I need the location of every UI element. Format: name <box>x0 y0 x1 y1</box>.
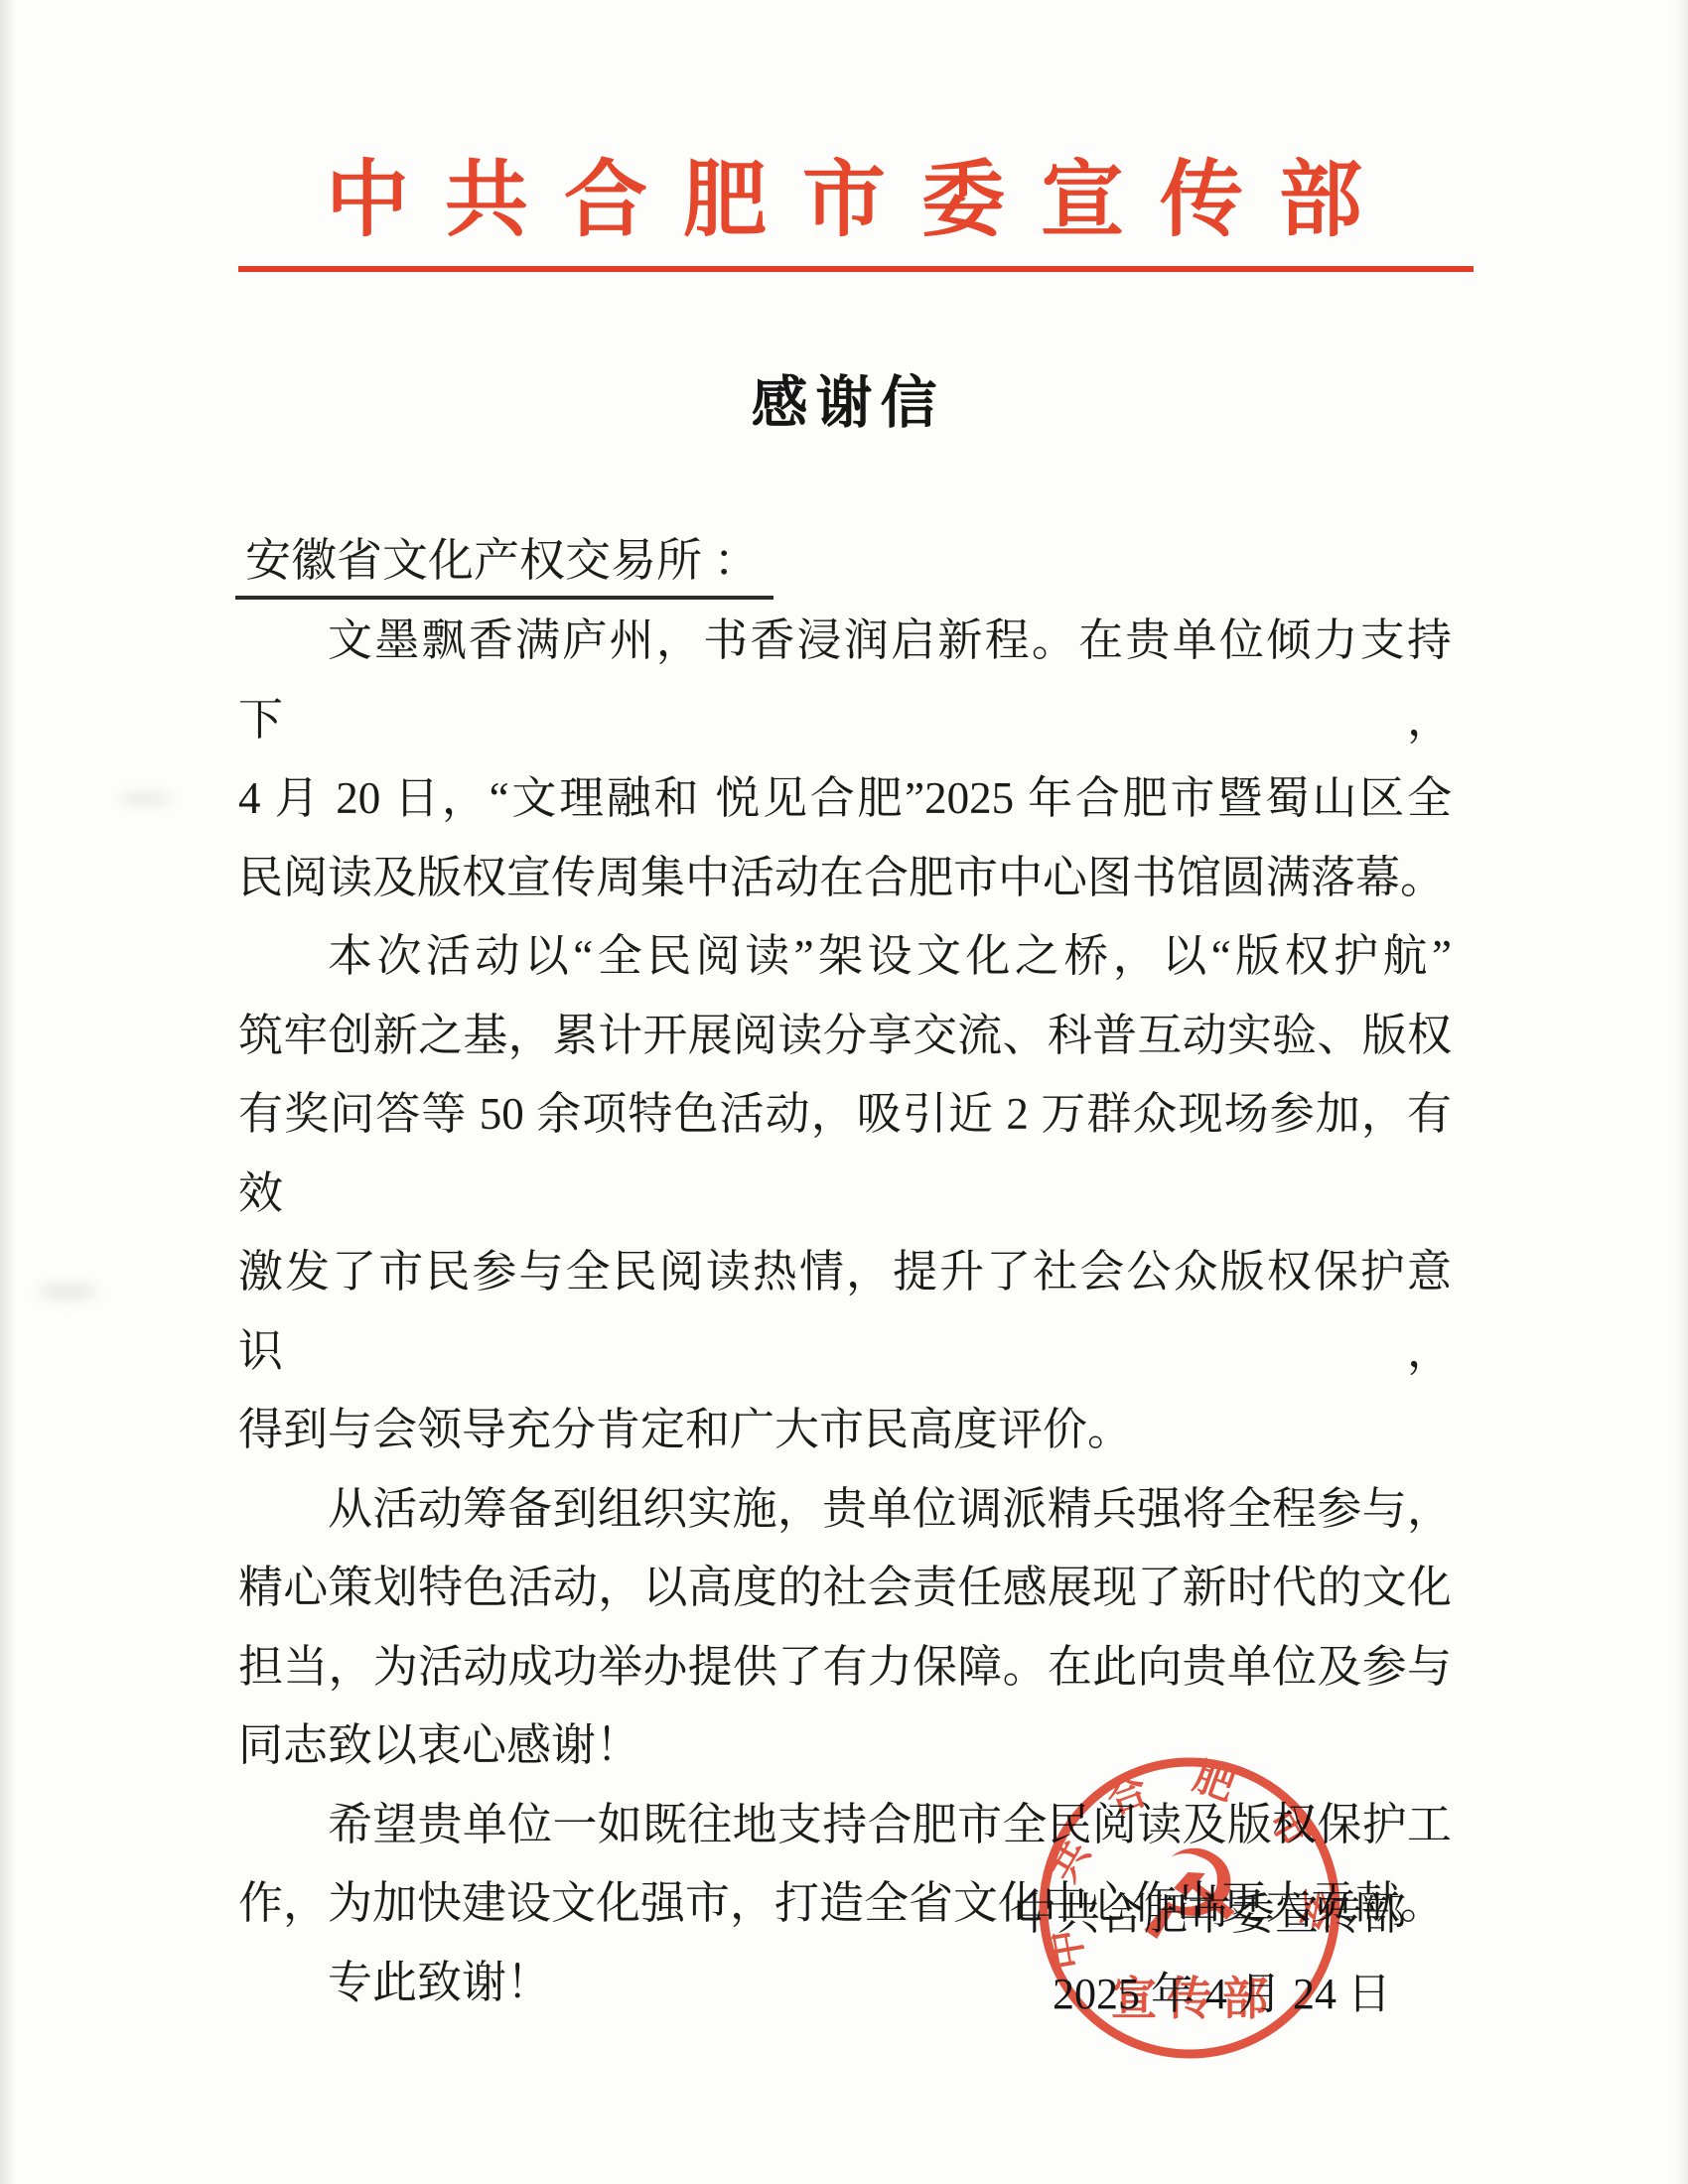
body-line: 筑牢创新之基，累计开展阅读分享交流、科普互动实验、版权 <box>238 997 1452 1076</box>
scan-smudge <box>119 792 171 806</box>
body-line: 民阅读及版权宣传周集中活动在合肥市中心图书馆圆满落幕。 <box>238 839 1452 918</box>
scan-edge-right <box>1674 0 1688 2184</box>
document-title: 感谢信 <box>0 357 1688 439</box>
body-line: 得到与会领导充分肯定和广大市民高度评价。 <box>238 1391 1452 1470</box>
scan-edge-left <box>0 0 16 2184</box>
body-line: 有奖问答等 50 余项特色活动，吸引近 2 万群众现场参加，有效 <box>238 1075 1452 1233</box>
body-line: 从活动筹备到组织实施，贵单位调派精兵强将全程参与， <box>238 1470 1452 1550</box>
signature-date: 2025 年 4 月 24 日 <box>1053 1958 1391 2021</box>
body-line: 担当，为活动成功举办提供了有力保障。在此向贵单位及参与 <box>238 1628 1452 1707</box>
body-line: 文墨飘香满庐州，书香浸润启新程。在贵单位倾力支持下， <box>238 602 1452 759</box>
letter-page: 中共合肥市委宣传部 感谢信 安徽省文化产权交易所 ： 文墨飘香满庐州，书香浸润启… <box>0 0 1688 2184</box>
signature-org: 中共合肥市委宣传部 <box>1013 1878 1406 1942</box>
letterhead-title: 中共合肥市委宣传部 <box>0 133 1688 253</box>
body-line: 精心策划特色活动，以高度的社会责任感展现了新时代的文化 <box>238 1549 1452 1628</box>
letterhead-rule <box>238 266 1474 272</box>
scan-smudge <box>38 1283 97 1300</box>
salutation: 安徽省文化产权交易所 ： <box>235 524 774 600</box>
body-line: 激发了市民参与全民阅读热情，提升了社会公众版权保护意识， <box>238 1233 1452 1391</box>
body-line: 本次活动以“全民阅读”架设文化之桥，以“版权护航” <box>238 917 1452 997</box>
body-line: 4 月 20 日，“文理融和 悦见合肥”2025 年合肥市暨蜀山区全 <box>238 759 1452 839</box>
